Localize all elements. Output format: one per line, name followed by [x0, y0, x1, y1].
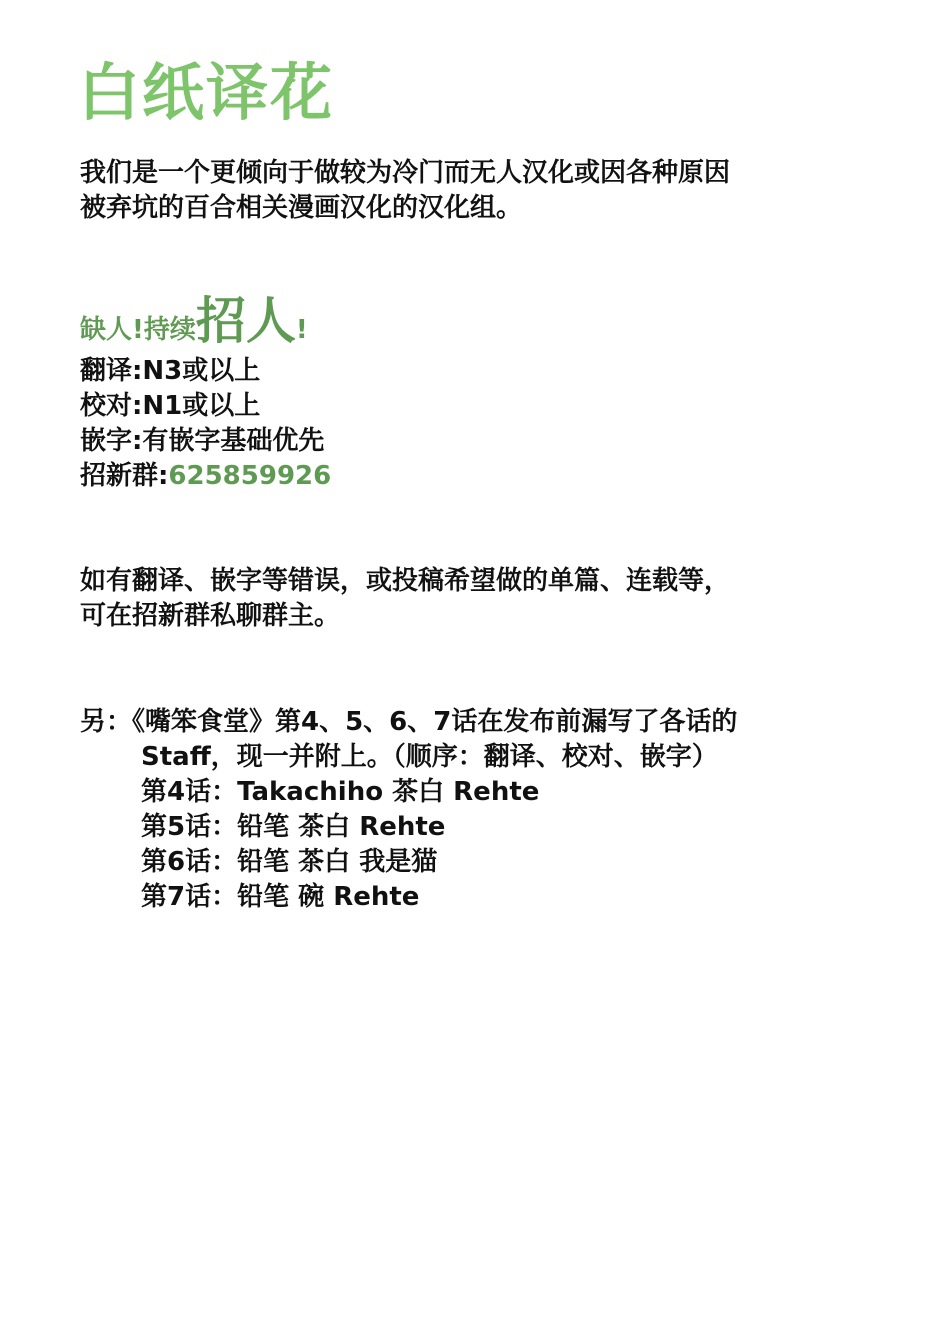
recruit-heading-suffix: ! — [296, 315, 308, 345]
notice-paragraph: 如有翻译、嵌字等错误，或投稿希望做的单篇、连载等， 可在招新群私聊群主。 — [80, 564, 730, 634]
recruit-heading-prefix: 缺人!持续 — [80, 315, 196, 345]
requirement-typesetting: 嵌字:有嵌字基础优先 — [80, 424, 324, 459]
notice-line: 如有翻译、嵌字等错误，或投稿希望做的单篇、连载等， — [80, 564, 730, 599]
notice-line: 可在招新群私聊群主。 — [80, 599, 730, 634]
page-title: 白纸译花 — [78, 62, 334, 124]
requirement-label: 嵌字: — [80, 426, 142, 456]
requirement-value: 有嵌字基础优先 — [142, 426, 324, 456]
requirement-proofreading: 校对:N1或以上 — [80, 389, 260, 424]
recruit-heading: 缺人!持续招人! — [80, 296, 308, 346]
intro-paragraph: 我们是一个更倾向于做较为冷门而无人汉化或因各种原因 被弃坑的百合相关漫画汉化的汉… — [80, 156, 730, 226]
requirement-label: 翻译: — [80, 356, 142, 386]
addendum-line: Staff，现一并附上。（顺序：翻译、校对、嵌字） — [80, 740, 737, 775]
requirement-translation: 翻译:N3或以上 — [80, 354, 260, 389]
requirement-value: N1或以上 — [142, 391, 260, 421]
staff-line: 第6话：铅笔 茶白 我是猫 — [80, 845, 737, 880]
requirement-label: 校对: — [80, 391, 142, 421]
staff-line: 第5话：铅笔 茶白 Rehte — [80, 810, 737, 845]
recruit-group: 招新群:625859926 — [80, 459, 331, 494]
intro-line: 被弃坑的百合相关漫画汉化的汉化组。 — [80, 191, 730, 226]
group-label: 招新群: — [80, 461, 168, 491]
group-number: 625859926 — [168, 461, 331, 491]
recruit-heading-emphasis: 招人 — [196, 292, 296, 350]
addendum-line: 另：《嘴笨食堂》第4、5、6、7话在发布前漏写了各话的 — [80, 705, 737, 740]
intro-line: 我们是一个更倾向于做较为冷门而无人汉化或因各种原因 — [80, 156, 730, 191]
addendum-block: 另：《嘴笨食堂》第4、5、6、7话在发布前漏写了各话的 Staff，现一并附上。… — [80, 705, 737, 915]
staff-line: 第7话：铅笔 碗 Rehte — [80, 880, 737, 915]
requirement-value: N3或以上 — [142, 356, 260, 386]
staff-line: 第4话：Takachiho 茶白 Rehte — [80, 775, 737, 810]
